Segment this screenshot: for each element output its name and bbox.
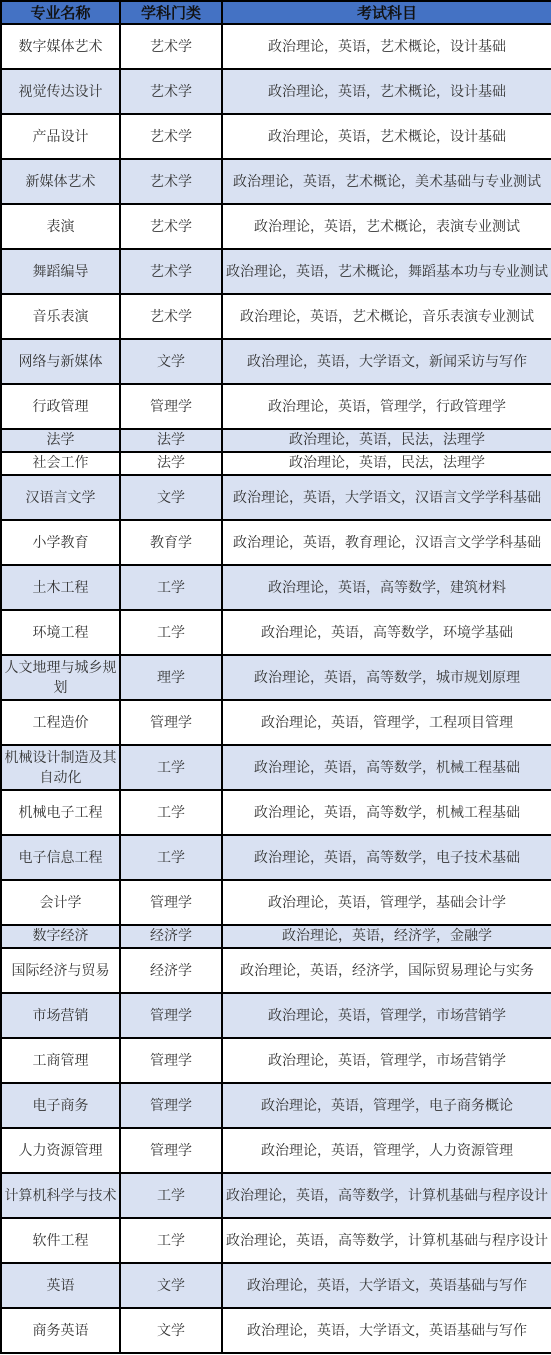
table-row: 行政管理管理学政治理论，英语，管理学，行政管理学	[1, 384, 551, 429]
cell-subjects: 政治理论，英语，管理学，电子商务概论	[222, 1083, 551, 1128]
table-row: 视觉传达设计艺术学政治理论，英语，艺术概论，设计基础	[1, 69, 551, 114]
cell-subjects: 政治理论，英语，艺术概论，美术基础与专业测试	[222, 159, 551, 204]
cell-category: 管理学	[120, 1038, 222, 1083]
cell-major: 工程造价	[1, 700, 120, 745]
cell-subjects: 政治理论，英语，艺术概论，设计基础	[222, 24, 551, 69]
cell-major: 土木工程	[1, 565, 120, 610]
cell-major: 工商管理	[1, 1038, 120, 1083]
table-row: 产品设计艺术学政治理论，英语，艺术概论，设计基础	[1, 114, 551, 159]
table-row: 商务英语文学政治理论，英语，大学语文，英语基础与写作	[1, 1308, 551, 1353]
header-row: 专业名称 学科门类 考试科目	[1, 1, 551, 24]
cell-subjects: 政治理论，英语，管理学，人力资源管理	[222, 1128, 551, 1173]
cell-subjects: 政治理论，英语，教育理论，汉语言文学学科基础	[222, 520, 551, 565]
cell-major: 表演	[1, 204, 120, 249]
cell-subjects: 政治理论，英语，经济学，金融学	[222, 925, 551, 948]
cell-subjects: 政治理论，英语，艺术概论，设计基础	[222, 114, 551, 159]
cell-major: 法学	[1, 429, 120, 452]
cell-major: 人力资源管理	[1, 1128, 120, 1173]
cell-category: 工学	[120, 565, 222, 610]
cell-subjects: 政治理论，英语，大学语文，汉语言文学学科基础	[222, 475, 551, 520]
cell-major: 电子信息工程	[1, 835, 120, 880]
table-row: 电子商务管理学政治理论，英语，管理学，电子商务概论	[1, 1083, 551, 1128]
cell-category: 文学	[120, 475, 222, 520]
cell-category: 文学	[120, 339, 222, 384]
cell-subjects: 政治理论，英语，大学语文，新闻采访与写作	[222, 339, 551, 384]
table-row: 软件工程工学政治理论，英语，高等数学，计算机基础与程序设计	[1, 1218, 551, 1263]
table-row: 人力资源管理管理学政治理论，英语，管理学，人力资源管理	[1, 1128, 551, 1173]
table-row: 汉语言文学文学政治理论，英语，大学语文，汉语言文学学科基础	[1, 475, 551, 520]
cell-category: 管理学	[120, 993, 222, 1038]
cell-category: 工学	[120, 790, 222, 835]
cell-subjects: 政治理论，英语，高等数学，计算机基础与程序设计	[222, 1173, 551, 1218]
table-row: 舞蹈编导艺术学政治理论，英语，艺术概论，舞蹈基本功与专业测试	[1, 249, 551, 294]
cell-major: 音乐表演	[1, 294, 120, 339]
cell-subjects: 政治理论，英语，艺术概论，表演专业测试	[222, 204, 551, 249]
table-row: 工程造价管理学政治理论，英语，管理学，工程项目管理	[1, 700, 551, 745]
cell-major: 软件工程	[1, 1218, 120, 1263]
cell-subjects: 政治理论，英语，民法，法理学	[222, 429, 551, 452]
table-body: 数字媒体艺术艺术学政治理论，英语，艺术概论，设计基础视觉传达设计艺术学政治理论，…	[1, 24, 551, 1353]
cell-major: 电子商务	[1, 1083, 120, 1128]
cell-subjects: 政治理论，英语，高等数学，建筑材料	[222, 565, 551, 610]
cell-subjects: 政治理论，英语，高等数学，电子技术基础	[222, 835, 551, 880]
cell-major: 环境工程	[1, 610, 120, 655]
cell-subjects: 政治理论，英语，大学语文，英语基础与写作	[222, 1263, 551, 1308]
cell-subjects: 政治理论，英语，高等数学，城市规划原理	[222, 655, 551, 700]
table-row: 市场营销管理学政治理论，英语，管理学，市场营销学	[1, 993, 551, 1038]
table-row: 机械电子工程工学政治理论，英语，高等数学，机械工程基础	[1, 790, 551, 835]
cell-major: 数字经济	[1, 925, 120, 948]
cell-subjects: 政治理论，英语，管理学，行政管理学	[222, 384, 551, 429]
table-row: 会计学管理学政治理论，英语，管理学，基础会计学	[1, 880, 551, 925]
cell-major: 机械设计制造及其自动化	[1, 745, 120, 790]
cell-category: 工学	[120, 610, 222, 655]
cell-category: 管理学	[120, 1128, 222, 1173]
cell-category: 文学	[120, 1308, 222, 1353]
cell-major: 社会工作	[1, 452, 120, 475]
cell-subjects: 政治理论，英语，高等数学，计算机基础与程序设计	[222, 1218, 551, 1263]
table-row: 电子信息工程工学政治理论，英语，高等数学，电子技术基础	[1, 835, 551, 880]
table-row: 数字媒体艺术艺术学政治理论，英语，艺术概论，设计基础	[1, 24, 551, 69]
table-row: 新媒体艺术艺术学政治理论，英语，艺术概论，美术基础与专业测试	[1, 159, 551, 204]
table-row: 土木工程工学政治理论，英语，高等数学，建筑材料	[1, 565, 551, 610]
table-row: 表演艺术学政治理论，英语，艺术概论，表演专业测试	[1, 204, 551, 249]
table-row: 机械设计制造及其自动化工学政治理论，英语，高等数学，机械工程基础	[1, 745, 551, 790]
cell-category: 法学	[120, 452, 222, 475]
cell-category: 艺术学	[120, 69, 222, 114]
cell-subjects: 政治理论，英语，艺术概论，设计基础	[222, 69, 551, 114]
cell-major: 小学教育	[1, 520, 120, 565]
cell-major: 会计学	[1, 880, 120, 925]
cell-subjects: 政治理论，英语，管理学，基础会计学	[222, 880, 551, 925]
cell-category: 艺术学	[120, 294, 222, 339]
cell-major: 计算机科学与技术	[1, 1173, 120, 1218]
cell-category: 理学	[120, 655, 222, 700]
cell-category: 工学	[120, 745, 222, 790]
table-row: 工商管理管理学政治理论，英语，管理学，市场营销学	[1, 1038, 551, 1083]
cell-subjects: 政治理论，英语，高等数学，机械工程基础	[222, 790, 551, 835]
table-row: 数字经济经济学政治理论，英语，经济学，金融学	[1, 925, 551, 948]
table-row: 计算机科学与技术工学政治理论，英语，高等数学，计算机基础与程序设计	[1, 1173, 551, 1218]
cell-major: 行政管理	[1, 384, 120, 429]
cell-category: 经济学	[120, 948, 222, 993]
cell-category: 管理学	[120, 880, 222, 925]
table-row: 小学教育教育学政治理论，英语，教育理论，汉语言文学学科基础	[1, 520, 551, 565]
cell-major: 国际经济与贸易	[1, 948, 120, 993]
header-major: 专业名称	[1, 1, 120, 24]
cell-major: 视觉传达设计	[1, 69, 120, 114]
cell-category: 管理学	[120, 700, 222, 745]
cell-subjects: 政治理论，英语，高等数学，环境学基础	[222, 610, 551, 655]
cell-major: 英语	[1, 1263, 120, 1308]
table-row: 网络与新媒体文学政治理论，英语，大学语文，新闻采访与写作	[1, 339, 551, 384]
cell-category: 经济学	[120, 925, 222, 948]
cell-subjects: 政治理论，英语，艺术概论，音乐表演专业测试	[222, 294, 551, 339]
cell-category: 艺术学	[120, 24, 222, 69]
cell-major: 市场营销	[1, 993, 120, 1038]
cell-subjects: 政治理论，英语，管理学，市场营销学	[222, 1038, 551, 1083]
cell-category: 文学	[120, 1263, 222, 1308]
header-category: 学科门类	[120, 1, 222, 24]
cell-category: 管理学	[120, 384, 222, 429]
cell-major: 汉语言文学	[1, 475, 120, 520]
table-row: 社会工作法学政治理论，英语，民法，法理学	[1, 452, 551, 475]
cell-major: 数字媒体艺术	[1, 24, 120, 69]
cell-subjects: 政治理论，英语，管理学，市场营销学	[222, 993, 551, 1038]
cell-category: 工学	[120, 835, 222, 880]
cell-major: 新媒体艺术	[1, 159, 120, 204]
cell-major: 网络与新媒体	[1, 339, 120, 384]
major-exam-subjects-table: 专业名称 学科门类 考试科目 数字媒体艺术艺术学政治理论，英语，艺术概论，设计基…	[0, 0, 551, 1354]
cell-subjects: 政治理论，英语，经济学，国际贸易理论与实务	[222, 948, 551, 993]
cell-category: 艺术学	[120, 204, 222, 249]
cell-subjects: 政治理论，英语，管理学，工程项目管理	[222, 700, 551, 745]
cell-category: 法学	[120, 429, 222, 452]
table-row: 国际经济与贸易经济学政治理论，英语，经济学，国际贸易理论与实务	[1, 948, 551, 993]
header-subjects: 考试科目	[222, 1, 551, 24]
table-row: 音乐表演艺术学政治理论，英语，艺术概论，音乐表演专业测试	[1, 294, 551, 339]
cell-major: 人文地理与城乡规划	[1, 655, 120, 700]
cell-major: 商务英语	[1, 1308, 120, 1353]
cell-category: 教育学	[120, 520, 222, 565]
cell-subjects: 政治理论，英语，大学语文，英语基础与写作	[222, 1308, 551, 1353]
cell-category: 艺术学	[120, 159, 222, 204]
cell-category: 艺术学	[120, 114, 222, 159]
table-row: 英语文学政治理论，英语，大学语文，英语基础与写作	[1, 1263, 551, 1308]
cell-category: 工学	[120, 1218, 222, 1263]
cell-major: 舞蹈编导	[1, 249, 120, 294]
cell-major: 产品设计	[1, 114, 120, 159]
cell-subjects: 政治理论，英语，高等数学，机械工程基础	[222, 745, 551, 790]
table-row: 人文地理与城乡规划理学政治理论，英语，高等数学，城市规划原理	[1, 655, 551, 700]
cell-major: 机械电子工程	[1, 790, 120, 835]
cell-category: 工学	[120, 1173, 222, 1218]
table-row: 法学法学政治理论，英语，民法，法理学	[1, 429, 551, 452]
table-row: 环境工程工学政治理论，英语，高等数学，环境学基础	[1, 610, 551, 655]
cell-category: 管理学	[120, 1083, 222, 1128]
cell-subjects: 政治理论，英语，民法，法理学	[222, 452, 551, 475]
cell-category: 艺术学	[120, 249, 222, 294]
cell-subjects: 政治理论，英语，艺术概论，舞蹈基本功与专业测试	[222, 249, 551, 294]
